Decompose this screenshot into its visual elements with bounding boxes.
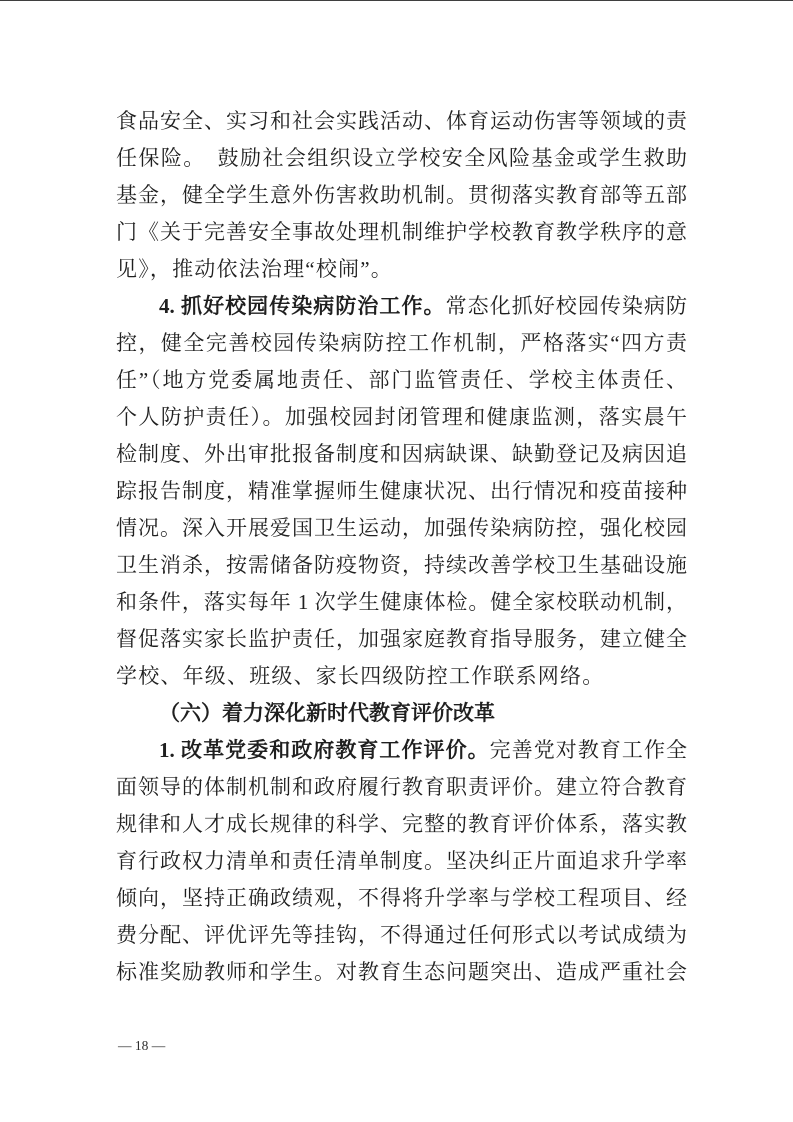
text-run: 任”（地方党委属地责任、部门监管责任、学校主体责任、 — [116, 368, 687, 392]
text-run: 门《关于完善安全事故处理机制维护学校教育教学秩序的意 — [116, 220, 687, 244]
bold-run: 4. 抓好校园传染病防治工作。 — [159, 294, 446, 318]
text-run: 完善党对教育工作全 — [490, 738, 687, 762]
text-run: 基金，健全学生意外伤害救助机制。贯彻落实教育部等五部 — [116, 183, 687, 207]
text-run: 和条件，落实每年 1 次学生健康体检。健全家校联动机制， — [116, 590, 687, 614]
text-line: 检制度、外出审批报备制度和因病缺课、缺勤登记及病因追 — [116, 436, 687, 473]
text-line: 督促落实家长监护责任，加强家庭教育指导服务，建立健全 — [116, 621, 687, 658]
text-run: 卫生消杀，按需储备防疫物资，持续改善学校卫生基础设施 — [116, 553, 687, 577]
text-run: 任保险。 鼓励社会组织设立学校安全风险基金或学生救助 — [116, 146, 687, 170]
text-run: 标准奖励教师和学生。对教育生态问题突出、造成严重社会 — [116, 960, 687, 984]
text-line: 标准奖励教师和学生。对教育生态问题突出、造成严重社会 — [116, 954, 687, 991]
text-line-paragraph-start: 4. 抓好校园传染病防治工作。常态化抓好校园传染病防 — [116, 288, 687, 325]
text-line: 任”（地方党委属地责任、部门监管责任、学校主体责任、 — [116, 362, 687, 399]
document-page: 食品安全、实习和社会实践活动、体育运动伤害等领域的责 任保险。 鼓励社会组织设立… — [0, 0, 793, 1122]
text-run: 学校、年级、班级、家长四级防控工作联系网络。 — [116, 664, 604, 688]
text-run: 检制度、外出审批报备制度和因病缺课、缺勤登记及病因追 — [116, 442, 687, 466]
text-run: 育行政权力清单和责任清单制度。坚决纠正片面追求升学率 — [116, 849, 687, 873]
text-line: 卫生消杀，按需储备防疫物资，持续改善学校卫生基础设施 — [116, 547, 687, 584]
text-line: 学校、年级、班级、家长四级防控工作联系网络。 — [116, 658, 687, 695]
text-run: 踪报告制度，精准掌握师生健康状况、出行情况和疫苗接种 — [116, 479, 687, 503]
text-line: 和条件，落实每年 1 次学生健康体检。健全家校联动机制， — [116, 584, 687, 621]
text-run: 面领导的体制机制和政府履行教育职责评价。建立符合教育 — [116, 775, 687, 799]
text-line: 食品安全、实习和社会实践活动、体育运动伤害等领域的责 — [116, 103, 687, 140]
text-line: 情况。深入开展爱国卫生运动，加强传染病防控，强化校园 — [116, 510, 687, 547]
text-line: 面领导的体制机制和政府履行教育职责评价。建立符合教育 — [116, 769, 687, 806]
text-line: 费分配、评优评先等挂钩，不得通过任何形式以考试成绩为 — [116, 917, 687, 954]
document-body: 食品安全、实习和社会实践活动、体育运动伤害等领域的责 任保险。 鼓励社会组织设立… — [116, 103, 687, 991]
text-run: 常态化抓好校园传染病防 — [446, 294, 687, 318]
text-line: 踪报告制度，精准掌握师生健康状况、出行情况和疫苗接种 — [116, 473, 687, 510]
text-line: 育行政权力清单和责任清单制度。坚决纠正片面追求升学率 — [116, 843, 687, 880]
text-line: 见》，推动依法治理“校闹”。 — [116, 251, 687, 288]
text-line: 控，健全完善校园传染病防控工作机制，严格落实“四方责 — [116, 325, 687, 362]
text-line-paragraph-start: 1. 改革党委和政府教育工作评价。完善党对教育工作全 — [116, 732, 687, 769]
text-run: 情况。深入开展爱国卫生运动，加强传染病防控，强化校园 — [116, 516, 687, 540]
text-run: 费分配、评优评先等挂钩，不得通过任何形式以考试成绩为 — [116, 923, 687, 947]
bold-run: 1. 改革党委和政府教育工作评价。 — [159, 738, 490, 762]
text-line: 倾向，坚持正确政绩观，不得将升学率与学校工程项目、经 — [116, 880, 687, 917]
text-line: 门《关于完善安全事故处理机制维护学校教育教学秩序的意 — [116, 214, 687, 251]
text-run: 食品安全、实习和社会实践活动、体育运动伤害等领域的责 — [116, 109, 687, 133]
text-line: 个人防护责任）。加强校园封闭管理和健康监测，落实晨午 — [116, 399, 687, 436]
bold-run: （六）着力深化新时代教育评价改革 — [159, 701, 495, 725]
text-line: 任保险。 鼓励社会组织设立学校安全风险基金或学生救助 — [116, 140, 687, 177]
text-run: 倾向，坚持正确政绩观，不得将升学率与学校工程项目、经 — [116, 886, 687, 910]
page-number: — 18 — — [118, 1036, 165, 1056]
text-run: 督促落实家长监护责任，加强家庭教育指导服务，建立健全 — [116, 627, 687, 651]
text-run: 规律和人才成长规律的科学、完整的教育评价体系，落实教 — [116, 812, 687, 836]
text-line: 规律和人才成长规律的科学、完整的教育评价体系，落实教 — [116, 806, 687, 843]
page-top-edge-line — [0, 0, 793, 1]
text-run: 控，健全完善校园传染病防控工作机制，严格落实“四方责 — [116, 331, 687, 355]
section-heading: （六）着力深化新时代教育评价改革 — [116, 695, 687, 732]
text-line: 基金，健全学生意外伤害救助机制。贯彻落实教育部等五部 — [116, 177, 687, 214]
text-run: 个人防护责任）。加强校园封闭管理和健康监测，落实晨午 — [116, 405, 687, 429]
text-run: 见》，推动依法治理“校闹”。 — [116, 257, 393, 281]
